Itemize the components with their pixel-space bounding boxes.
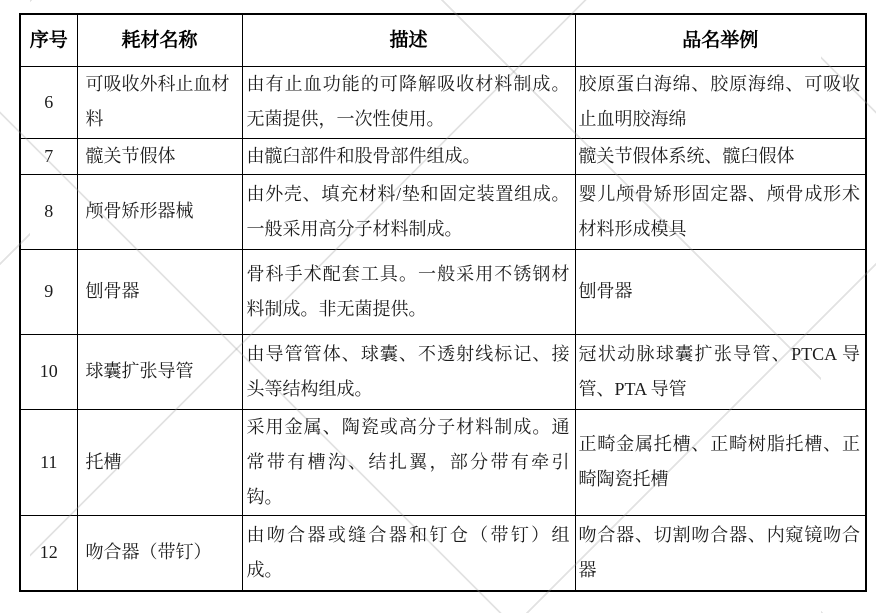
table-row: 6 可吸收外科止血材料 由有止血功能的可降解吸收材料制成。无菌提供，一次性使用。…: [20, 66, 866, 138]
table-row: 10 球囊扩张导管 由导管管体、球囊、不透射线标记、接头等结构组成。 冠状动脉球…: [20, 334, 866, 409]
row-desc: 采用金属、陶瓷或高分子材料制成。通常带有槽沟、结扎翼，部分带有牵引钩。: [242, 409, 575, 515]
row-examples: 正畸金属托槽、正畸树脂托槽、正畸陶瓷托槽: [575, 409, 866, 515]
row-name: 球囊扩张导管: [77, 334, 242, 409]
table-row: 8 颅骨矫形器械 由外壳、填充材料/垫和固定装置组成。一般采用高分子材料制成。 …: [20, 174, 866, 249]
column-header-desc: 描述: [242, 14, 575, 66]
row-examples: 髋关节假体系统、髋臼假体: [575, 138, 866, 174]
row-desc: 由有止血功能的可降解吸收材料制成。无菌提供，一次性使用。: [242, 66, 575, 138]
row-no: 11: [20, 409, 77, 515]
row-name: 刨骨器: [77, 249, 242, 334]
row-no: 6: [20, 66, 77, 138]
row-no: 8: [20, 174, 77, 249]
row-name: 吻合器（带钉）: [77, 515, 242, 591]
row-desc: 由髋臼部件和股骨部件组成。: [242, 138, 575, 174]
column-header-examples: 品名举例: [575, 14, 866, 66]
table-row: 9 刨骨器 骨科手术配套工具。一般采用不锈钢材料制成。非无菌提供。 刨骨器: [20, 249, 866, 334]
row-name: 托槽: [77, 409, 242, 515]
table-row: 7 髋关节假体 由髋臼部件和股骨部件组成。 髋关节假体系统、髋臼假体: [20, 138, 866, 174]
row-examples: 冠状动脉球囊扩张导管、PTCA 导管、PTA 导管: [575, 334, 866, 409]
table-row: 12 吻合器（带钉） 由吻合器或缝合器和钉仓（带钉）组成。 吻合器、切割吻合器、…: [20, 515, 866, 591]
table-row: 11 托槽 采用金属、陶瓷或高分子材料制成。通常带有槽沟、结扎翼，部分带有牵引钩…: [20, 409, 866, 515]
row-examples: 胶原蛋白海绵、胶原海绵、可吸收止血明胶海绵: [575, 66, 866, 138]
consumables-table: 序号 耗材名称 描述 品名举例 6 可吸收外科止血材料 由有止血功能的可降解吸收…: [19, 13, 867, 592]
row-examples: 婴儿颅骨矫形固定器、颅骨成形术材料形成模具: [575, 174, 866, 249]
row-desc: 骨科手术配套工具。一般采用不锈钢材料制成。非无菌提供。: [242, 249, 575, 334]
row-desc: 由吻合器或缝合器和钉仓（带钉）组成。: [242, 515, 575, 591]
row-name: 颅骨矫形器械: [77, 174, 242, 249]
row-no: 9: [20, 249, 77, 334]
row-examples: 吻合器、切割吻合器、内窥镜吻合器: [575, 515, 866, 591]
column-header-no: 序号: [20, 14, 77, 66]
row-desc: 由外壳、填充材料/垫和固定装置组成。一般采用高分子材料制成。: [242, 174, 575, 249]
document-page: 序号 耗材名称 描述 品名举例 6 可吸收外科止血材料 由有止血功能的可降解吸收…: [0, 0, 876, 613]
row-no: 12: [20, 515, 77, 591]
row-desc: 由导管管体、球囊、不透射线标记、接头等结构组成。: [242, 334, 575, 409]
row-no: 10: [20, 334, 77, 409]
row-name: 可吸收外科止血材料: [77, 66, 242, 138]
header-row: 序号 耗材名称 描述 品名举例: [20, 14, 866, 66]
row-name: 髋关节假体: [77, 138, 242, 174]
column-header-name: 耗材名称: [77, 14, 242, 66]
row-no: 7: [20, 138, 77, 174]
row-examples: 刨骨器: [575, 249, 866, 334]
